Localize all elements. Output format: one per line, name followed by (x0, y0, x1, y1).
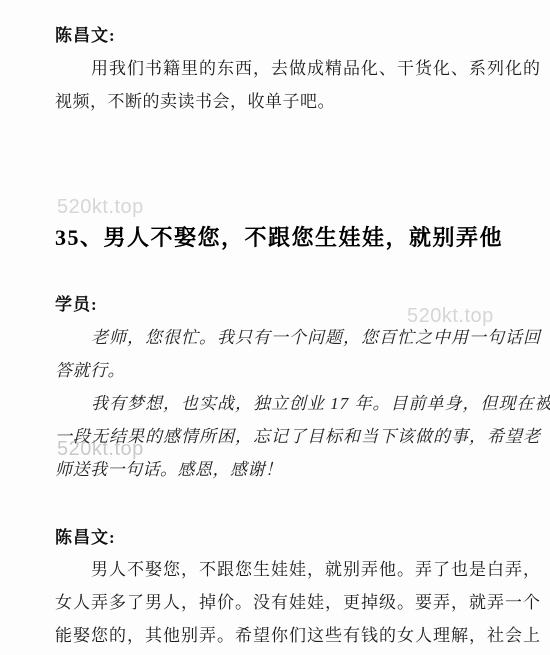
watermark: 520kt.top (57, 197, 144, 217)
paragraph-line: 能娶您的，其他别弄。希望你们这些有钱的女人理解，社会上 (55, 625, 525, 647)
watermark: 520kt.top (407, 306, 494, 326)
paragraph-line: 男人不娶您，不跟您生娃娃，就别弄他。弄了也是白弄， (55, 559, 550, 581)
paragraph-line: 老师，您很忙。我只有一个问题，您百忙之中用一句话回 (55, 327, 550, 349)
speaker-label-chen-1: 陈昌文: (55, 25, 116, 47)
paragraph-line: 答就行。 (55, 360, 525, 382)
chapter-heading: 35、男人不娶您，不跟您生娃娃，就别弄他 (55, 224, 503, 251)
paragraph-line: 视频，不断的卖读书会，收单子吧。 (55, 91, 525, 113)
paragraph-line: 用我们书籍里的东西，去做成精品化、干货化、系列化的 (55, 58, 550, 80)
paragraph-line: 女人弄多了男人，掉价。没有娃娃，更掉级。要弄，就弄一个 (55, 592, 525, 614)
speaker-label-student: 学员: (55, 294, 98, 316)
paragraph-line: 师送我一句话。感恩，感谢！ (55, 459, 525, 481)
scanned-book-page: 陈昌文: 用我们书籍里的东西，去做成精品化、干货化、系列化的 视频，不断的卖读书… (0, 0, 550, 655)
paragraph-line: 我有梦想，也实战，独立创业 17 年。目前单身，但现在被 (55, 393, 550, 415)
paragraph-line: 一段无结果的感情所困，忘记了目标和当下该做的事，希望老 (55, 426, 525, 448)
speaker-label-chen-2: 陈昌文: (55, 527, 116, 549)
